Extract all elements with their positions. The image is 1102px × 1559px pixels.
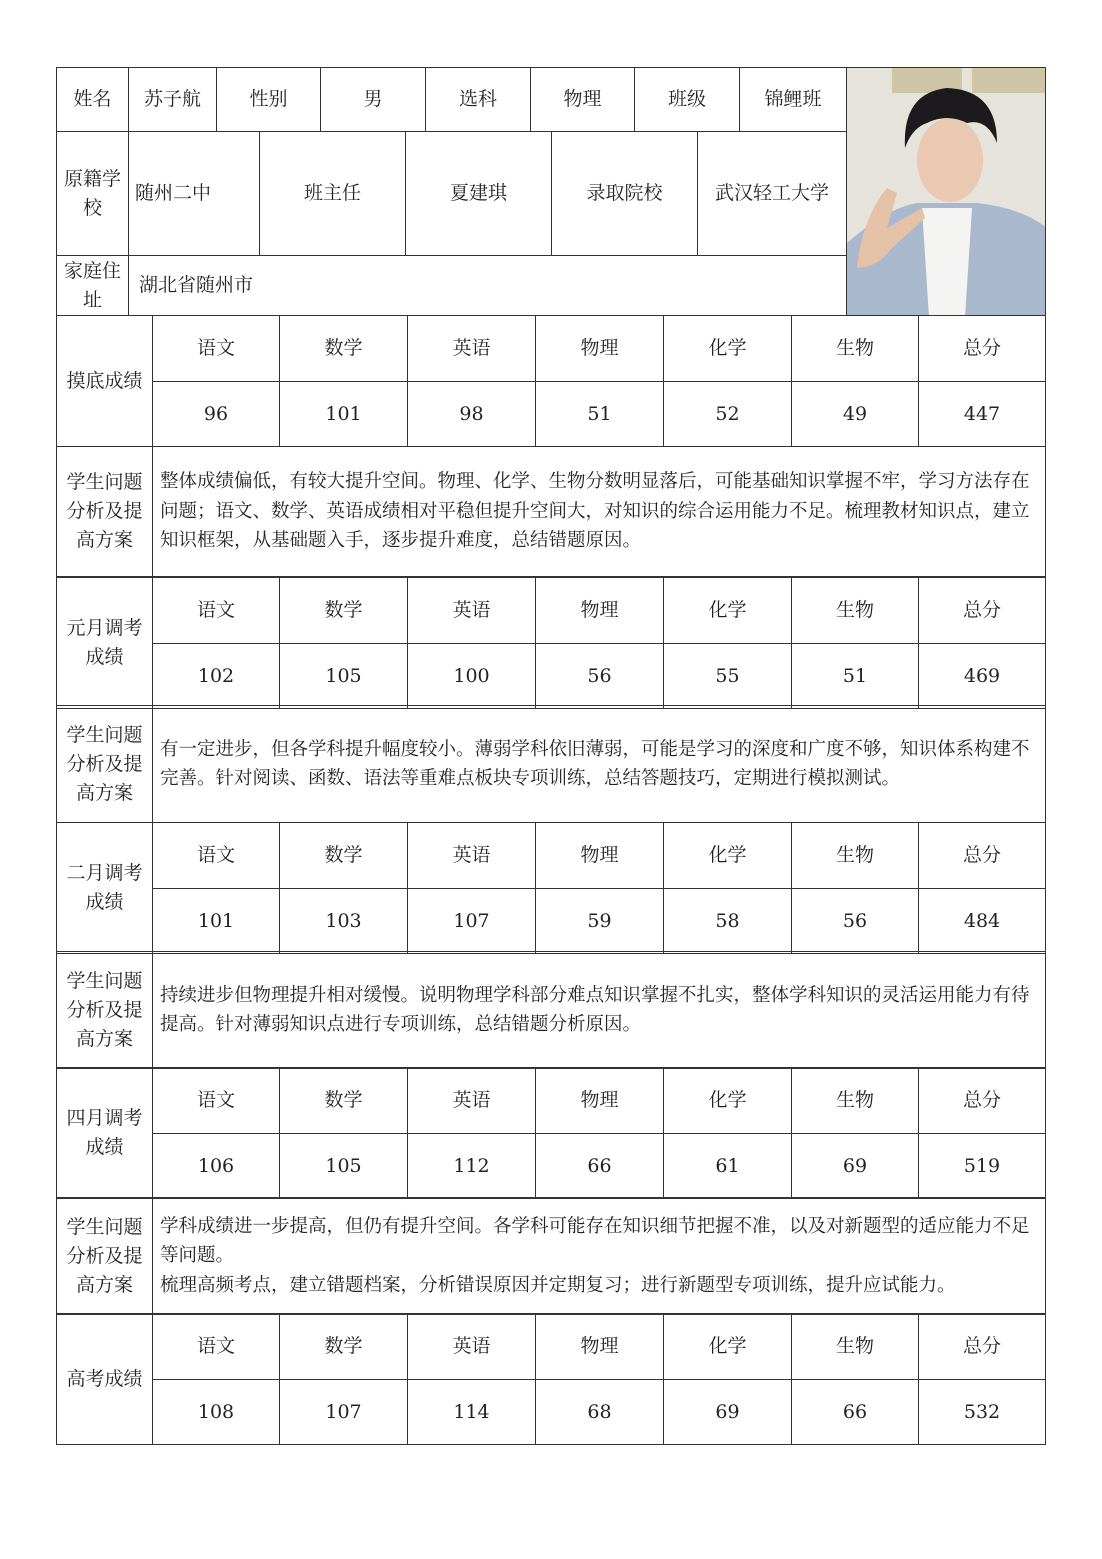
score-cell: 66 — [791, 1379, 919, 1445]
score-cell: 102 — [152, 643, 280, 709]
score-cell: 112 — [407, 1133, 536, 1199]
subject-header: 化学 — [663, 315, 792, 382]
score-cell: 114 — [407, 1379, 536, 1445]
name-value: 苏子航 — [128, 67, 217, 132]
subject-header: 语文 — [152, 315, 280, 382]
score-cell: 51 — [535, 381, 664, 447]
analysis-label: 学生问题分析及提高方案 — [56, 446, 153, 577]
score-cell: 105 — [279, 1133, 408, 1199]
subject-choice-label: 选科 — [425, 67, 531, 132]
score-cell: 69 — [791, 1133, 919, 1199]
analysis-text: 持续进步但物理提升相对缓慢。说明物理学科部分难点知识掌握不扎实，整体学科知识的灵… — [152, 951, 1046, 1069]
subject-header: 生物 — [791, 577, 919, 644]
subject-header: 物理 — [535, 315, 664, 382]
score-cell: 484 — [918, 888, 1046, 954]
admitted-value: 武汉轻工大学 — [697, 131, 847, 256]
gender-value: 男 — [320, 67, 426, 132]
student-photo — [846, 67, 1046, 316]
subject-header: 物理 — [535, 822, 664, 889]
subject-header: 语文 — [152, 1313, 280, 1380]
subject-header: 总分 — [918, 1067, 1046, 1134]
address-value: 湖北省随州市 — [128, 255, 847, 316]
score-cell: 49 — [791, 381, 919, 447]
subject-header: 总分 — [918, 1313, 1046, 1380]
subject-header: 化学 — [663, 822, 792, 889]
subject-header: 语文 — [152, 577, 280, 644]
analysis-text: 学科成绩进一步提高，但仍有提升空间。各学科可能存在知识细节把握不准，以及对新题型… — [152, 1197, 1046, 1315]
subject-header: 总分 — [918, 822, 1046, 889]
subject-header: 英语 — [407, 577, 536, 644]
exam-label: 摸底成绩 — [56, 315, 153, 447]
score-cell: 68 — [535, 1379, 664, 1445]
subject-header: 英语 — [407, 822, 536, 889]
subject-header: 总分 — [918, 577, 1046, 644]
analysis-line: 梳理高频考点，建立错题档案，分析错误原因并定期复习；进行新题型专项训练，提升应试… — [160, 1271, 956, 1301]
subject-header: 语文 — [152, 1067, 280, 1134]
subject-header: 物理 — [535, 1067, 664, 1134]
school-value: 随州二中 — [128, 131, 260, 256]
score-cell: 107 — [407, 888, 536, 954]
teacher-value: 夏建琪 — [405, 131, 552, 256]
analysis-text: 有一定进步，但各学科提升幅度较小。薄弱学科依旧薄弱，可能是学习的深度和广度不够，… — [152, 705, 1046, 823]
subject-header: 生物 — [791, 315, 919, 382]
exam-label: 元月调考成绩 — [56, 577, 153, 709]
subject-header: 英语 — [407, 1313, 536, 1380]
analysis-line: 学科成绩进一步提高，但仍有提升空间。各学科可能存在知识细节把握不准，以及对新题型… — [160, 1212, 1037, 1271]
name-label: 姓名 — [56, 67, 129, 132]
school-label: 原籍学校 — [56, 131, 129, 256]
score-cell: 55 — [663, 643, 792, 709]
class-label: 班级 — [634, 67, 740, 132]
class-value: 锦鲤班 — [739, 67, 847, 132]
score-cell: 56 — [791, 888, 919, 954]
subject-header: 语文 — [152, 822, 280, 889]
subject-header: 化学 — [663, 1313, 792, 1380]
subject-header: 英语 — [407, 1067, 536, 1134]
gender-label: 性别 — [216, 67, 321, 132]
score-cell: 107 — [279, 1379, 408, 1445]
subject-header: 生物 — [791, 1313, 919, 1380]
score-cell: 101 — [152, 888, 280, 954]
analysis-text: 整体成绩偏低，有较大提升空间。物理、化学、生物分数明显落后，可能基础知识掌握不牢… — [152, 446, 1046, 577]
score-cell: 447 — [918, 381, 1046, 447]
score-cell: 51 — [791, 643, 919, 709]
subject-choice-value: 物理 — [530, 67, 635, 132]
exam-label: 二月调考成绩 — [56, 822, 153, 954]
score-cell: 100 — [407, 643, 536, 709]
score-cell: 98 — [407, 381, 536, 447]
subject-header: 物理 — [535, 577, 664, 644]
subject-header: 生物 — [791, 822, 919, 889]
exam-label: 四月调考成绩 — [56, 1067, 153, 1199]
address-label: 家庭住址 — [56, 255, 129, 316]
score-cell: 96 — [152, 381, 280, 447]
subject-header: 总分 — [918, 315, 1046, 382]
score-cell: 56 — [535, 643, 664, 709]
score-cell: 66 — [535, 1133, 664, 1199]
score-cell: 532 — [918, 1379, 1046, 1445]
subject-header: 数学 — [279, 315, 408, 382]
score-cell: 59 — [535, 888, 664, 954]
analysis-label: 学生问题分析及提高方案 — [56, 705, 153, 823]
subject-header: 生物 — [791, 1067, 919, 1134]
score-cell: 61 — [663, 1133, 792, 1199]
score-cell: 106 — [152, 1133, 280, 1199]
exam-label: 高考成绩 — [56, 1313, 153, 1445]
score-cell: 103 — [279, 888, 408, 954]
subject-header: 数学 — [279, 1067, 408, 1134]
subject-header: 化学 — [663, 577, 792, 644]
analysis-label: 学生问题分析及提高方案 — [56, 1197, 153, 1315]
subject-header: 化学 — [663, 1067, 792, 1134]
subject-header: 数学 — [279, 1313, 408, 1380]
score-cell: 101 — [279, 381, 408, 447]
score-cell: 469 — [918, 643, 1046, 709]
score-cell: 58 — [663, 888, 792, 954]
teacher-label: 班主任 — [259, 131, 406, 256]
score-cell: 52 — [663, 381, 792, 447]
score-cell: 108 — [152, 1379, 280, 1445]
score-cell: 105 — [279, 643, 408, 709]
subject-header: 英语 — [407, 315, 536, 382]
score-cell: 69 — [663, 1379, 792, 1445]
admitted-label: 录取院校 — [551, 131, 698, 256]
subject-header: 数学 — [279, 577, 408, 644]
subject-header: 物理 — [535, 1313, 664, 1380]
portrait-image — [847, 68, 1046, 316]
subject-header: 数学 — [279, 822, 408, 889]
analysis-label: 学生问题分析及提高方案 — [56, 951, 153, 1069]
score-cell: 519 — [918, 1133, 1046, 1199]
